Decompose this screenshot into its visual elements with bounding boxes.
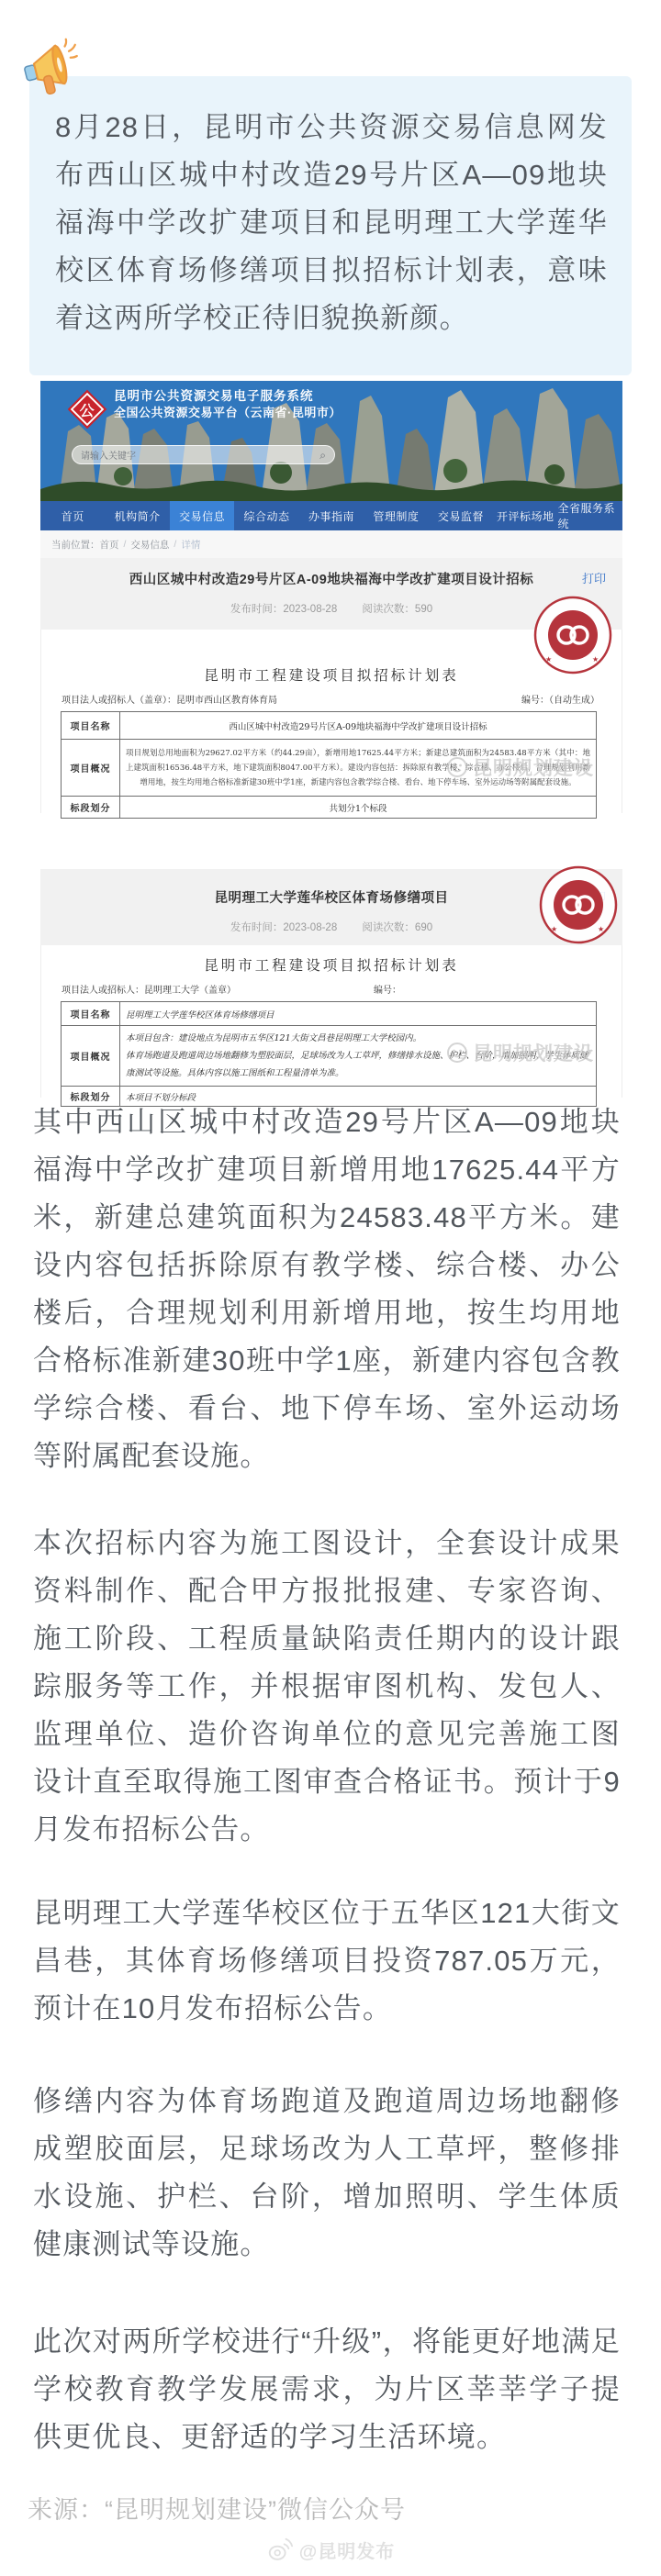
watermark-1: 昆明规划建设 [446,753,594,781]
table-row: 项目名称 西山区城中村改造29号片区A-09地块福海中学改扩建项目设计招标 [62,712,597,740]
doc1-form-line: 项目法人或招标人（盖章）：昆明市西山区教育体育局 编号：（自动生成） [41,685,622,709]
intro-text: 8月28日，昆明市公共资源交易信息网发布西山区城中村改造29号片区A—09地块福… [55,104,608,342]
site-title: 昆明市公共资源交易电子服务系统 [114,388,342,405]
nav-bar: 首页 机构简介 交易信息 综合动态 办事指南 管理制度 交易监督 开评标场地 全… [40,501,622,530]
doc2-body: 昆明市工程建设项目拟招标计划表 项目法人或招标人：昆明理工大学（盖章） 编号： … [40,945,622,1098]
website-screenshot-1: 公 昆明市公共资源交易电子服务系统 全国公共资源交易平台（云南省·昆明市） 请输… [40,381,622,813]
breadcrumb-prefix: 当前位置： [51,538,100,552]
nav-item-supervision[interactable]: 交易监督 [429,501,493,530]
doc2-form-title: 昆明市工程建设项目拟招标计划表 [41,945,622,975]
watermark-text: 昆明规划建设 [473,1039,594,1066]
weibo-icon [266,2536,294,2563]
doc1-form-left: 项目法人或招标人（盖章）：昆明市西山区教育体育局 [62,692,277,706]
footer-watermark: @昆明发布 [0,2536,661,2563]
doc1-form-right: 编号：（自动生成） [521,692,599,706]
planning-logo-icon [446,1042,468,1064]
breadcrumb-section[interactable]: 交易信息 [130,538,169,552]
breadcrumb-detail: 详情 [181,538,200,552]
table-row: 项目名称 昆明理工大学莲华校区体育场修缮项目 [62,1002,597,1026]
footer-watermark-text: @昆明发布 [299,2537,396,2563]
doc2-header: 昆明理工大学莲华校区体育场修缮项目 打印 发布时间：2023-08-28 阅读次… [40,869,622,945]
megaphone-icon [22,37,83,97]
doc2-publish-time: 发布时间：2023-08-28 [230,922,337,933]
article-page: 8月28日，昆明市公共资源交易信息网发布西山区城中村改造29号片区A—09地块福… [0,0,661,2576]
doc1-title: 西山区城中村改造29号片区A-09地块福海中学改扩建项目设计招标 [40,569,622,588]
paragraph-5: 此次对两所学校进行“升级”，将能更好地满足学校教育教学发展需求，为片区莘莘学子提… [33,2318,621,2461]
svg-text:★: ★ [551,925,557,933]
doc2-title: 昆明理工大学莲华校区体育场修缮项目 [40,887,622,907]
paragraph-3: 昆明理工大学莲华校区位于五华区121大街文昌巷，其体育场修缮项目投资787.05… [33,1890,621,2033]
website-screenshot-2: 昆明理工大学莲华校区体育场修缮项目 打印 发布时间：2023-08-28 阅读次… [40,869,622,1098]
doc2-form-left: 项目法人或招标人：昆明理工大学（盖章） [62,982,236,996]
seal-icon: ★ ★ [539,865,618,944]
nav-item-bid-site[interactable]: 开评标场地 [493,501,557,530]
search-input[interactable]: 请输入关键字 ⌕ [72,445,335,464]
paragraph-1: 其中西山区城中村改造29号片区A—09地块福海中学改扩建项目新增用地17625.… [33,1098,621,1480]
doc1-publish-time: 发布时间：2023-08-28 [230,604,337,615]
svg-text:★: ★ [592,655,599,664]
seal-icon: ★ ★ [533,596,612,675]
doc2-form-line: 项目法人或招标人：昆明理工大学（盖章） 编号： [41,975,622,999]
table-row: 标段划分 共划分1个标段 [62,797,597,819]
svg-text:★: ★ [545,655,552,664]
nav-item-org-intro[interactable]: 机构简介 [105,501,169,530]
watermark-2: 昆明规划建设 [446,1039,594,1066]
nav-item-news[interactable]: 综合动态 [234,501,298,530]
breadcrumb-home[interactable]: 首页 [100,538,119,552]
breadcrumb: 当前位置： 首页 / 交易信息 / 详情 [40,530,622,558]
website-banner: 公 昆明市公共资源交易电子服务系统 全国公共资源交易平台（云南省·昆明市） 请输… [40,381,622,501]
svg-text:★: ★ [598,925,604,933]
intro-highlight-box: 8月28日，昆明市公共资源交易信息网发布西山区城中村改造29号片区A—09地块福… [29,76,632,375]
watermark-text: 昆明规划建设 [473,753,594,781]
search-icon: ⌕ [319,450,326,461]
paragraph-2: 本次招标内容为施工图设计，全套设计成果资料制作、配合甲方报批报建、专家咨询、施工… [33,1520,621,1854]
site-logo-icon: 公 [68,390,106,429]
site-subtitle: 全国公共资源交易平台（云南省·昆明市） [114,405,342,420]
nav-item-guide[interactable]: 办事指南 [299,501,364,530]
search-placeholder: 请输入关键字 [81,448,136,462]
nav-item-home[interactable]: 首页 [40,501,105,530]
nav-item-trade-info[interactable]: 交易信息 [170,501,234,530]
doc2-read-count: 阅读次数：690 [362,922,432,933]
doc1-print-button[interactable]: 打印 [582,569,606,586]
doc1-read-count: 阅读次数：590 [362,604,432,615]
paragraph-4: 修缮内容为体育场跑道及跑道周边场地翻修成塑胶面层，足球场改为人工草坪，整修排水设… [33,2078,621,2269]
doc2-form-right: 编号： [374,982,401,996]
planning-logo-icon [446,756,468,778]
doc2-publish-line: 发布时间：2023-08-28 阅读次数：690 [40,920,622,934]
nav-item-province-systems[interactable]: 全省服务系统 [558,501,622,530]
source-attribution: 来源：“昆明规划建设”微信公众号 [28,2490,406,2526]
nav-item-rules[interactable]: 管理制度 [364,501,428,530]
